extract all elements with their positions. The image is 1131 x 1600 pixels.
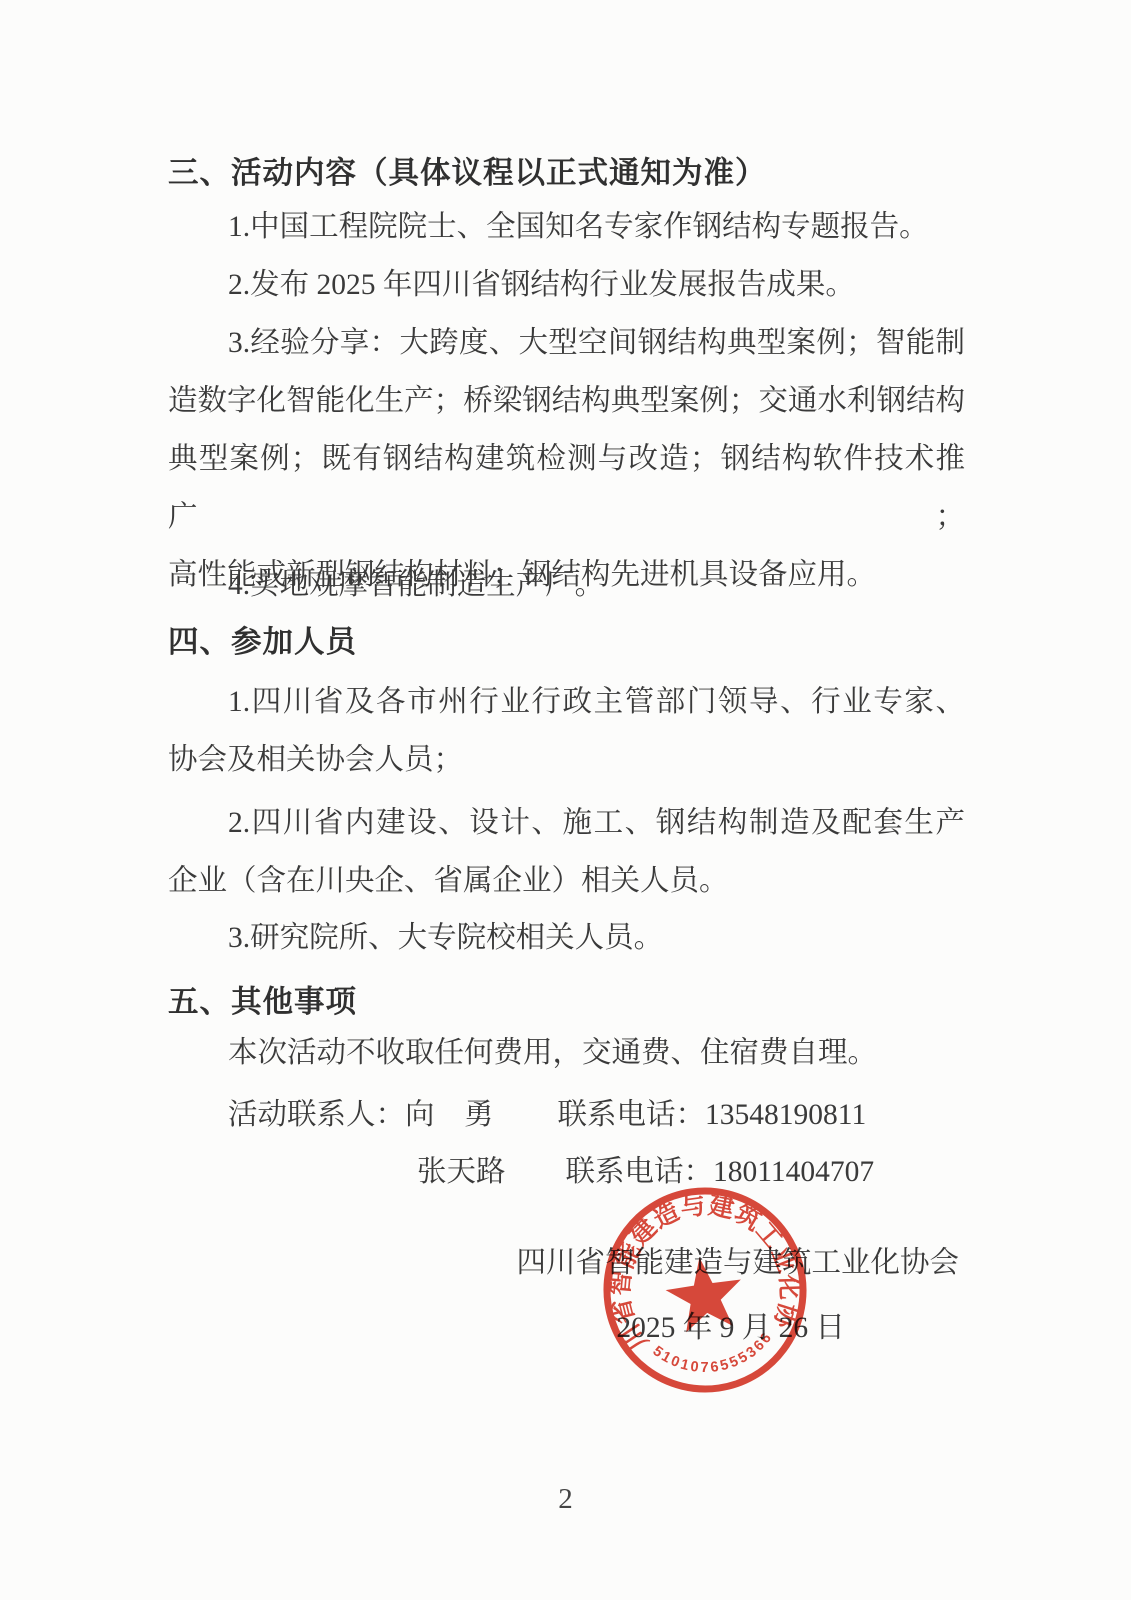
closing-date: 2025 年 9 月 26 日 [168, 1299, 965, 1357]
contact1-phone-label: 联系电话： [558, 1099, 706, 1131]
contact2-name: 张天路 [417, 1156, 506, 1188]
contact-line-1: 活动联系人：向 勇联系电话：13548190811 [168, 1086, 965, 1144]
contact2-phone: 18011404707 [713, 1156, 874, 1188]
section4-item2-line2: 企业（含在川央企、省属企业）相关人员。 [168, 852, 965, 910]
section3-item3-line1: 3.经验分享：大跨度、大型空间钢结构典型案例；智能制 [168, 314, 965, 372]
section3-item1: 1.中国工程院院士、全国知名专家作钢结构专题报告。 [168, 198, 965, 256]
section3-item3-line2: 造数字化智能化生产；桥梁钢结构典型案例；交通水利钢结构 [168, 372, 965, 430]
section3-item2: 2.发布 2025 年四川省钢结构行业发展报告成果。 [168, 256, 965, 314]
page-number: 2 [0, 1479, 1131, 1519]
section5-heading: 五、其他事项 [168, 973, 965, 1031]
contact1-name: 向 勇 [405, 1099, 494, 1131]
contact1-label: 活动联系人： [228, 1099, 405, 1131]
contact2-phone-label: 联系电话： [566, 1156, 714, 1188]
section4-item1-line2: 协会及相关协会人员； [168, 731, 965, 789]
section4-item3: 3.研究院所、大专院校相关人员。 [168, 909, 965, 967]
section4-item2-line1: 2.四川省内建设、设计、施工、钢结构制造及配套生产 [168, 794, 965, 852]
section4-heading: 四、参加人员 [168, 613, 965, 671]
contact-line-2: 张天路联系电话：18011404707 [168, 1143, 965, 1201]
section4-item1: 1.四川省及各市州行业行政主管部门领导、行业专家、 协会及相关协会人员； [168, 673, 965, 789]
document-page: 三、活动内容（具体议程以正式通知为准） 1.中国工程院院士、全国知名专家作钢结构… [0, 0, 1131, 1600]
section4-item2: 2.四川省内建设、设计、施工、钢结构制造及配套生产 企业（含在川央企、省属企业）… [168, 794, 965, 910]
closing-organization: 四川省智能建造与建筑工业化协会 [168, 1234, 965, 1292]
document-body: 三、活动内容（具体议程以正式通知为准） 1.中国工程院院士、全国知名专家作钢结构… [168, 0, 965, 1600]
section3-heading: 三、活动内容（具体议程以正式通知为准） [168, 144, 965, 202]
section3-item4: 4.实地观摩智能制造生产厂。 [168, 556, 965, 614]
contact1-phone: 13548190811 [705, 1099, 866, 1131]
section3-item3-line3: 典型案例；既有钢结构建筑检测与改造；钢结构软件技术推广； [168, 430, 965, 546]
section4-item1-line1: 1.四川省及各市州行业行政主管部门领导、行业专家、 [168, 673, 965, 731]
section5-note: 本次活动不收取任何费用，交通费、住宿费自理。 [168, 1024, 965, 1082]
